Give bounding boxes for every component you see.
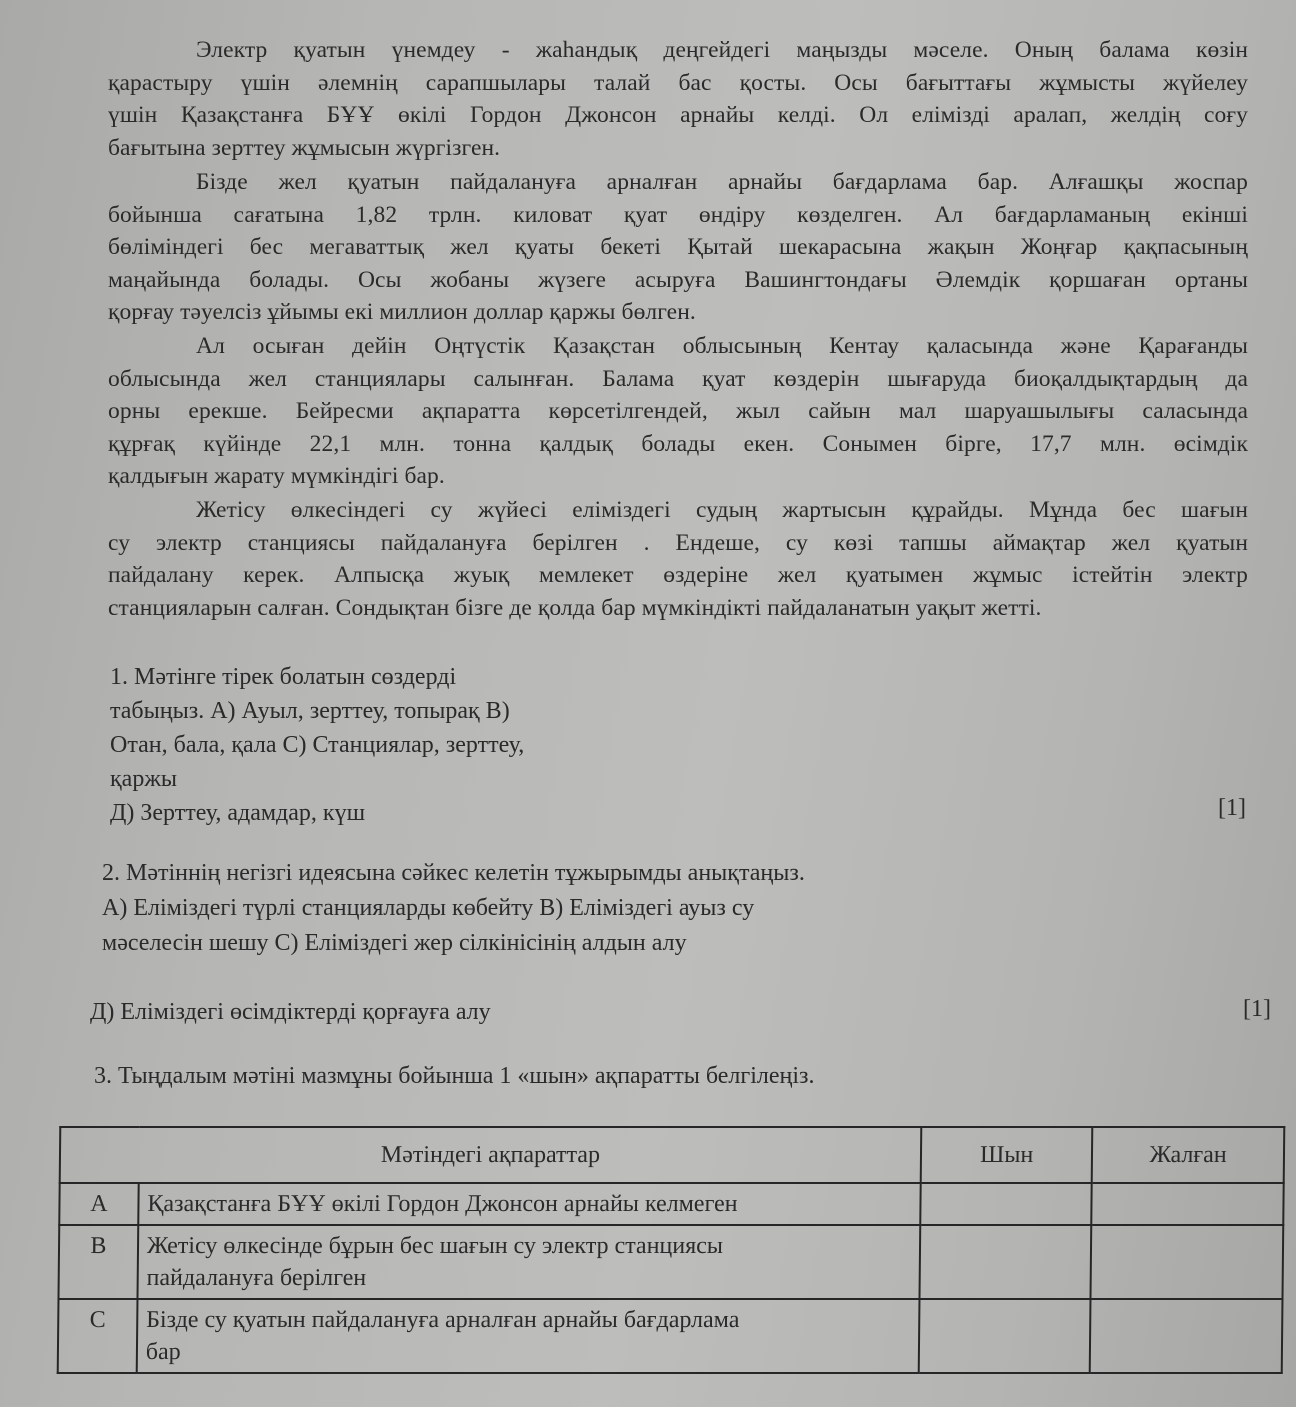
paragraph-line: облысында жел станциялары салынған. Бала…	[108, 363, 1248, 396]
statement-line: Жетісу өлкесінде бұрын бес шағын су элек…	[147, 1230, 911, 1262]
paragraph-line: станцияларын салған. Сондықтан бізге де …	[108, 592, 1248, 625]
paragraph-line: орны ерекше. Бейресми ақпаратта көрсетіл…	[108, 395, 1248, 428]
question-1-line: Отан, бала, қала С) Станциялар, зерттеу,	[110, 728, 524, 762]
paragraph-line: қалдығын жарату мүмкіндігі бар.	[108, 460, 1248, 493]
table-row: А Қазақстанға БҰҰ өкілі Гордон Джонсон а…	[59, 1183, 1283, 1225]
row-letter: В	[58, 1225, 138, 1299]
question-2: 2. Мәтіннің негізгі идеясына сәйкес келе…	[102, 856, 805, 961]
paragraph-line: қорғау тәуелсіз ұйымы екі миллион доллар…	[108, 296, 1248, 329]
paragraph-2: Бізде жел қуатын пайдалануға арналған ар…	[108, 166, 1248, 329]
row-statement: Қазақстанға БҰҰ өкілі Гордон Джонсон арн…	[138, 1183, 920, 1225]
table-row: С Бізде су қуатын пайдалануға арналған а…	[58, 1299, 1283, 1373]
row-letter: С	[58, 1299, 138, 1373]
row-statement: Жетісу өлкесінде бұрын бес шағын су элек…	[137, 1225, 920, 1299]
paragraph-line: бағытына зерттеу жұмысын жүргізген.	[108, 132, 1248, 165]
question-2-option-d: Д) Еліміздегі өсімдіктерді қорғауға алу	[90, 996, 491, 1028]
question-1: 1. Мәтінге тірек болатын сөздерді табыңы…	[110, 660, 524, 830]
question-2-line: 2. Мәтіннің негізгі идеясына сәйкес келе…	[102, 856, 805, 891]
false-checkbox-cell[interactable]	[1090, 1299, 1282, 1373]
question-2-line: Д) Еліміздегі өсімдіктерді қорғауға алу	[90, 996, 491, 1028]
statement-line: Бізде су қуатын пайдалануға арналған арн…	[146, 1304, 910, 1336]
paragraph-line: Ал осыған дейін Оңтүстік Қазақстан облыс…	[108, 330, 1248, 363]
paragraph-line: бөліміндегі бес мегаваттық жел қуаты бек…	[108, 231, 1248, 264]
question-3-line: 3. Тыңдалым мәтіні мазмұны бойынша 1 «шы…	[94, 1060, 814, 1092]
true-false-table: Мәтіндегі ақпараттар Шын Жалған А Қазақс…	[57, 1126, 1286, 1374]
paragraph-line: үшін Қазақстанға БҰҰ өкілі Гордон Джонсо…	[108, 99, 1248, 132]
table-header-row: Мәтіндегі ақпараттар Шын Жалған	[60, 1127, 1285, 1183]
paragraph-line: пайдалану керек. Алпысқа жуық мемлекет ө…	[108, 559, 1248, 592]
paragraph-line: маңайында болады. Осы жобаны жүзеге асыр…	[108, 264, 1248, 297]
true-checkbox-cell[interactable]	[919, 1225, 1091, 1299]
paragraph-line: бойынша сағатына 1,82 трлн. киловат қуат…	[108, 199, 1248, 232]
question-1-line: табыңыз. А) Ауыл, зерттеу, топырақ В)	[110, 694, 524, 728]
paragraph-line: құрғақ күйінде 22,1 млн. тонна қалдық бо…	[108, 428, 1248, 461]
statement-line: Қазақстанға БҰҰ өкілі Гордон Джонсон арн…	[147, 1191, 737, 1217]
question-1-line: 1. Мәтінге тірек болатын сөздерді	[110, 660, 524, 694]
question-1-line: Д) Зерттеу, адамдар, күш	[110, 796, 524, 830]
paragraph-4: Жетісу өлкесіндегі су жүйесі еліміздегі …	[108, 494, 1248, 624]
paragraph-line: су электр станциясы пайдалануға берілген…	[108, 527, 1248, 560]
statement-line: пайдалануға берілген	[146, 1262, 910, 1294]
question-3: 3. Тыңдалым мәтіні мазмұны бойынша 1 «шы…	[94, 1060, 814, 1092]
question-2-line: мәселесін шешу С) Еліміздегі жер сілкіні…	[102, 926, 805, 961]
table-row: В Жетісу өлкесінде бұрын бес шағын су эл…	[58, 1225, 1283, 1299]
row-statement: Бізде су қуатын пайдалануға арналған арн…	[137, 1299, 920, 1373]
paragraph-3: Ал осыған дейін Оңтүстік Қазақстан облыс…	[108, 330, 1248, 493]
true-checkbox-cell[interactable]	[919, 1299, 1091, 1373]
header-true: Шын	[921, 1127, 1093, 1183]
worksheet-page: Электр қуатын үнемдеу - жаһандық деңгейд…	[0, 0, 1296, 1407]
header-false: Жалған	[1092, 1127, 1284, 1183]
paragraph-line: Жетісу өлкесіндегі су жүйесі еліміздегі …	[108, 494, 1248, 527]
paragraph-line: Электр қуатын үнемдеу - жаһандық деңгейд…	[108, 34, 1248, 67]
row-letter: А	[59, 1183, 138, 1225]
true-checkbox-cell[interactable]	[920, 1183, 1092, 1225]
question-2-mark: [1]	[1243, 996, 1271, 1023]
header-information: Мәтіндегі ақпараттар	[60, 1127, 922, 1183]
question-2-line: А) Еліміздегі түрлі станцияларды көбейту…	[102, 891, 805, 926]
statement-line: бар	[146, 1336, 910, 1368]
question-1-mark: [1]	[1218, 795, 1246, 822]
paragraph-line: Бізде жел қуатын пайдалануға арналған ар…	[108, 166, 1248, 199]
paragraph-1: Электр қуатын үнемдеу - жаһандық деңгейд…	[108, 34, 1248, 164]
false-checkbox-cell[interactable]	[1092, 1183, 1284, 1225]
question-1-line: қаржы	[110, 762, 524, 796]
paragraph-line: қарастыру үшін әлемнің сарапшылары талай…	[108, 67, 1248, 100]
false-checkbox-cell[interactable]	[1091, 1225, 1283, 1299]
